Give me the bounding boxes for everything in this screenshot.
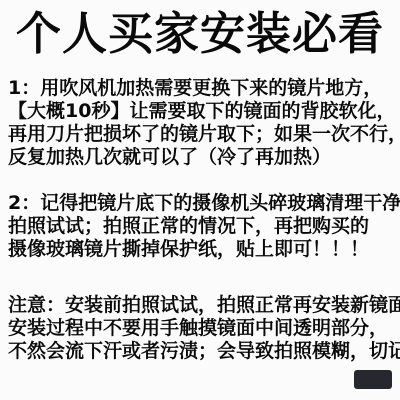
page-title: 个人买家安装必看 (0, 0, 400, 64)
instruction-line: 【大概10秒】让需要取下的镜面的背胶软化， (8, 100, 400, 123)
watermark-badge (354, 370, 392, 389)
instruction-line: 摄像玻璃镜片撕掉保护纸，贴上即可！！！ (8, 238, 400, 261)
section-step-2: 2：记得把镜片底下的摄像机头碎玻璃清理干净， 拍照试试；拍照正常的情况下，再把购… (8, 192, 400, 261)
instruction-line: 1：用吹风机加热需要更换下来的镜片地方， (8, 77, 400, 100)
instruction-card: 个人买家安装必看 1：用吹风机加热需要更换下来的镜片地方， 【大概10秒】让需要… (0, 0, 400, 400)
notice-line: 安装过程中不要用手触摸镜面中间透明部分， (8, 317, 400, 340)
instruction-line: 2：记得把镜片底下的摄像机头碎玻璃清理干净， (8, 192, 400, 215)
section-step-1: 1：用吹风机加热需要更换下来的镜片地方， 【大概10秒】让需要取下的镜面的背胶软… (8, 77, 400, 169)
notice-line: 注意：安装前拍照试试，拍照正常再安装新镜面； (8, 294, 400, 317)
instruction-line: 反复加热几次就可以了（冷了再加热） (8, 146, 400, 169)
instruction-line: 拍照试试；拍照正常的情况下，再把购买的 (8, 215, 400, 238)
section-notice: 注意：安装前拍照试试，拍照正常再安装新镜面； 安装过程中不要用手触摸镜面中间透明… (8, 294, 400, 363)
instruction-line: 再用刀片把损坏了的镜片取下；如果一次不行， (8, 123, 400, 146)
notice-line: 不然会流下汗或者污渍；会导致拍照模糊，切记！ (8, 340, 400, 363)
